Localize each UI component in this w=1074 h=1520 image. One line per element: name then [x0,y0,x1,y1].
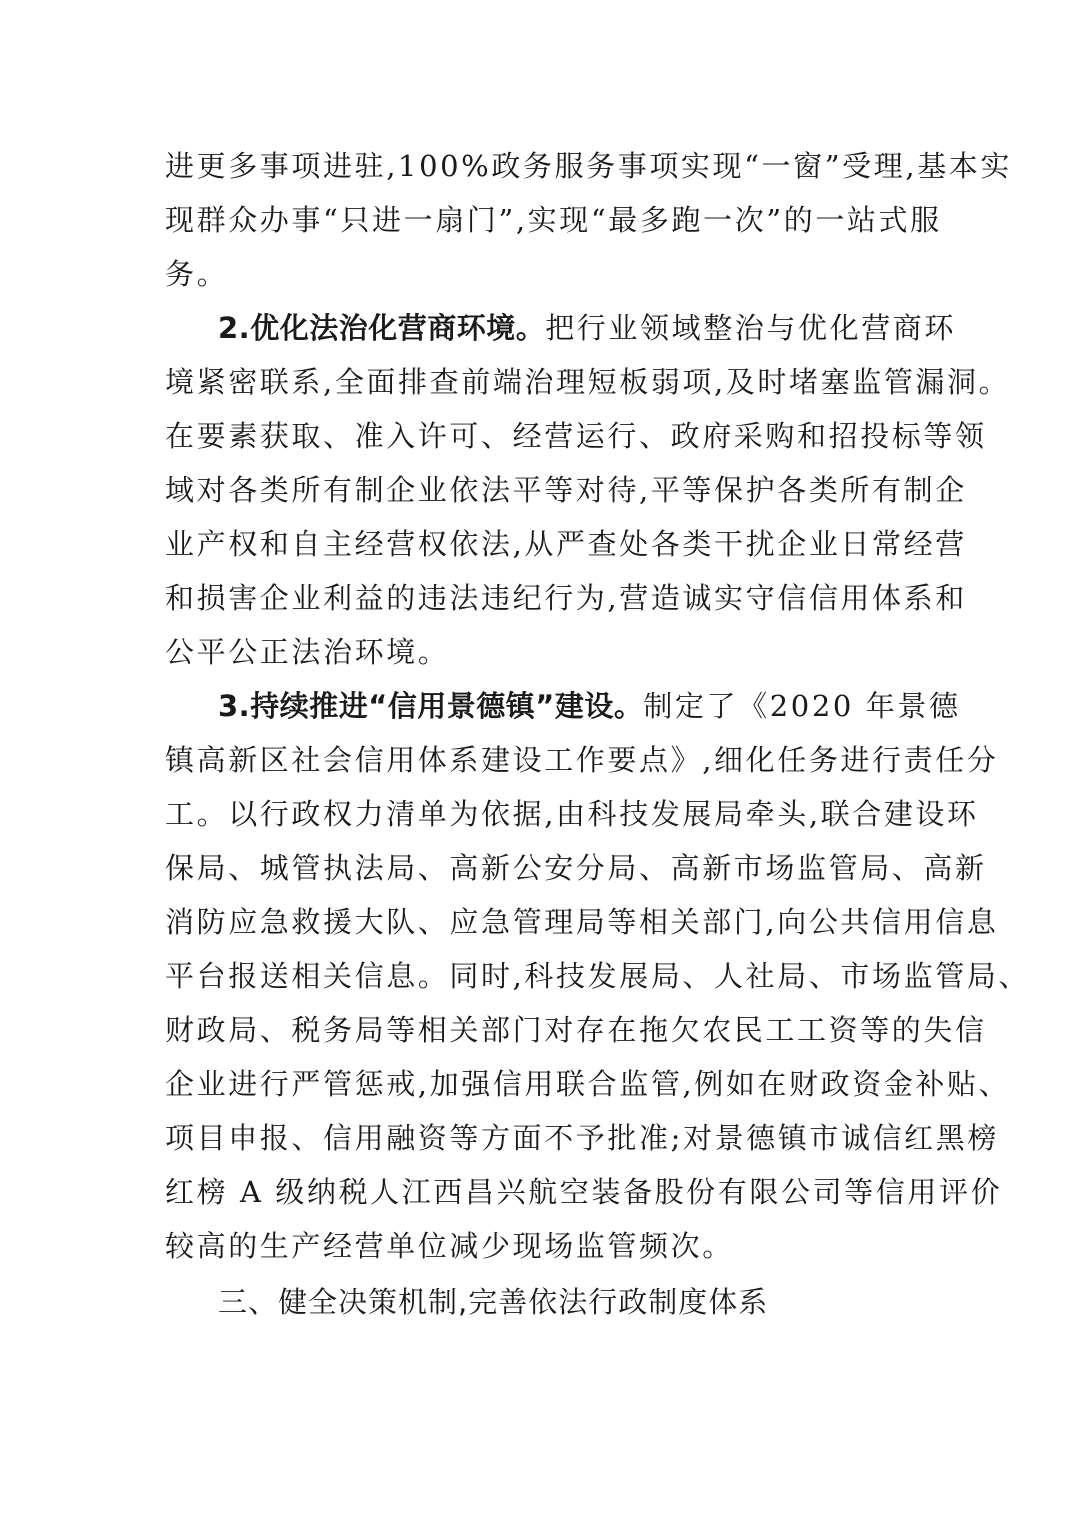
paragraph-line: 业产权和自主经营权依法,从严查处各类干扰企业日常经营 [165,526,967,562]
paragraph-line: 保局、城管执法局、高新公安分局、高新市场监管局、高新 [165,850,987,886]
section-2-first-line: 2.优化法治化营商环境。把行业领域整治与优化营商环 [218,310,956,346]
paragraph-line: 企业进行严管惩戒,加强信用联合监管,例如在财政资金补贴、 [165,1066,1010,1102]
paragraph-line: 镇高新区社会信用体系建设工作要点》,细化任务进行责任分 [165,742,998,778]
paragraph-line: 平台报送相关信息。同时,科技发展局、人社局、市场监管局、 [165,958,1030,994]
paragraph-line: 较高的生产经营单位减少现场监管频次。 [165,1228,734,1264]
paragraph-line: 务。 [165,256,228,292]
paragraph-line: 工。以行政权力清单为依据,由科技发展局牵头,联合建设环 [165,796,979,832]
paragraph-line: 现群众办事“只进一扇门”,实现“最多跑一次”的一站式服 [165,202,942,238]
section-3-first-line: 3.持续推进“信用景德镇”建设。制定了《2020 年景德 [218,688,961,724]
section-2-title: 2.优化法治化营商环境。 [218,311,545,345]
paragraph-line: 项目申报、信用融资等方面不予批准;对景德镇市诚信红黑榜 [165,1120,999,1156]
paragraph-line: 红榜 A 级纳税人江西昌兴航空装备股份有限公司等信用评价 [165,1174,1002,1210]
paragraph-line: 公平公正法治环境。 [165,634,449,670]
section-3-title: 3.持续推进“信用景德镇”建设。 [218,689,643,723]
section-3-first-line-text: 制定了《2020 年景德 [643,689,960,723]
paragraph-line: 域对各类所有制企业依法平等对待,平等保护各类所有制企 [165,472,967,508]
document-page: 进更多事项进驻,100%政务服务事项实现“一窗”受理,基本实 现群众办事“只进一… [0,0,1074,1520]
section-heading: 三、健全决策机制,完善依法行政制度体系 [218,1284,768,1320]
paragraph-line: 在要素获取、准入许可、经营运行、政府采购和招投标等领 [165,418,987,454]
paragraph-line: 境紧密联系,全面排查前端治理短板弱项,及时堵塞监管漏洞。 [165,364,1010,400]
paragraph-line: 财政局、税务局等相关部门对存在拖欠农民工工资等的失信 [165,1012,987,1048]
paragraph-line: 消防应急救援大队、应急管理局等相关部门,向公共信用信息 [165,904,998,940]
paragraph-line: 进更多事项进驻,100%政务服务事项实现“一窗”受理,基本实 [165,148,1012,184]
paragraph-line: 和损害企业利益的违法违纪行为,营造诚实守信信用体系和 [165,580,967,616]
section-2-first-line-text: 把行业领域整治与优化营商环 [545,311,956,345]
